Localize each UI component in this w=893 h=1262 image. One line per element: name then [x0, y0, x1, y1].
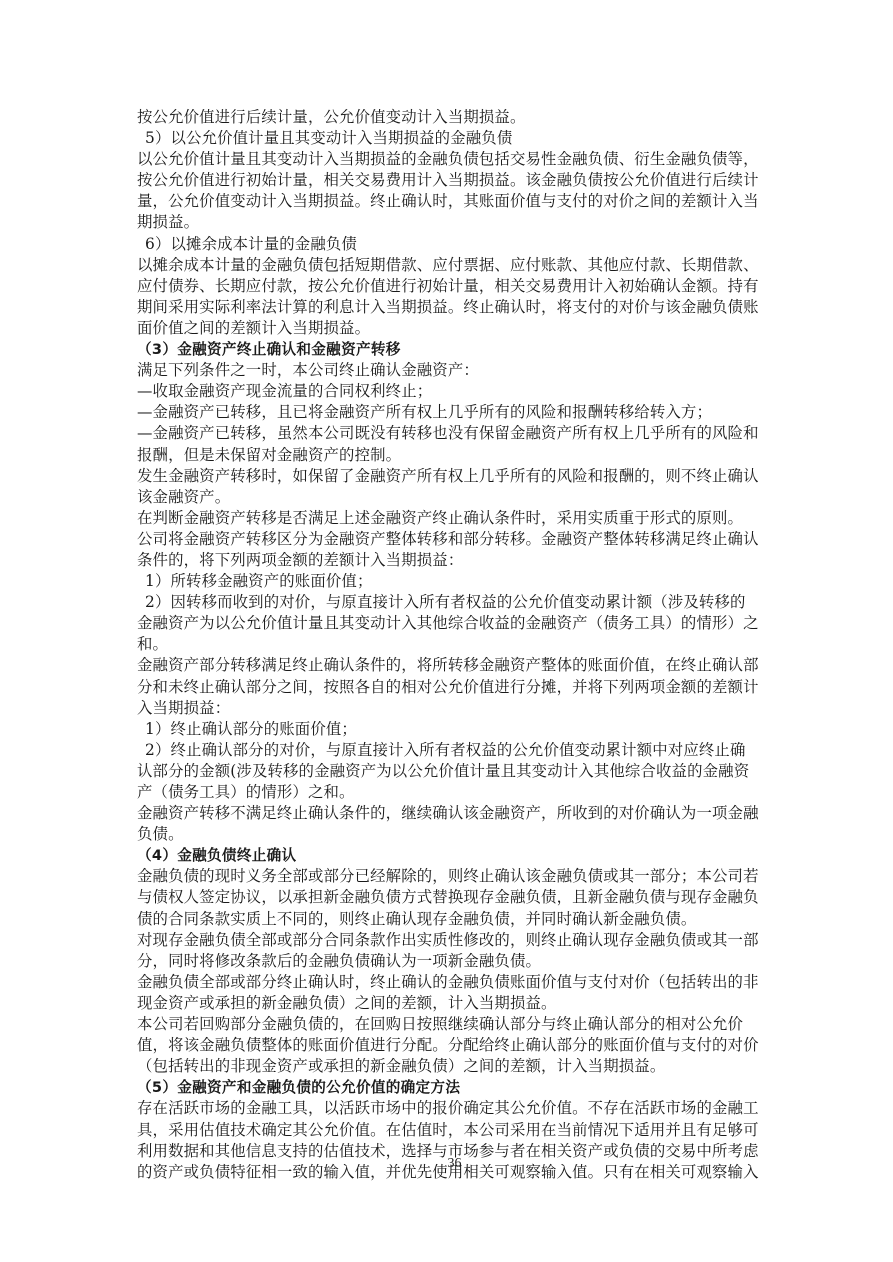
text-line: 与债权人签定协议，以承担新金融负债方式替换现存金融负债，且新金融负债与现存金融负 [137, 887, 759, 908]
text-line: 期损益。 [137, 212, 759, 233]
text-line: 报酬，但是未保留对金融资产的控制。 [137, 445, 759, 466]
text-line: 金融资产转移不满足终止确认条件的，继续确认该金融资产，所收到的对价确认为一项金融 [137, 803, 759, 824]
text-line: 以公允价值计量且其变动计入当期损益的金融负债包括交易性金融负债、衍生金融负债等， [137, 149, 759, 170]
text-line: 存在活跃市场的金融工具，以活跃市场中的报价确定其公允价值。不存在活跃市场的金融工 [137, 1098, 759, 1119]
text-line: 金融资产为以公允价值计量且其变动计入其他综合收益的金融资产（债务工具）的情形）之 [137, 613, 759, 634]
text-line: 量，公允价值变动计入当期损益。终止确认时，其账面价值与支付的对价之间的差额计入当 [137, 191, 759, 212]
text-line: 应付债券、长期应付款，按公允价值进行初始计量，相关交易费用计入初始确认金额。持有 [137, 276, 759, 297]
text-line: 按公允价值进行后续计量，公允价值变动计入当期损益。 [137, 107, 759, 128]
numbered-item: 6）以摊余成本计量的金融负债 [137, 234, 759, 255]
text-line: —金融资产已转移，虽然本公司既没有转移也没有保留金融资产所有权上几乎所有的风险和 [137, 423, 759, 444]
text-line: 按公允价值进行初始计量，相关交易费用计入当期损益。该金融负债按公允价值进行后续计 [137, 170, 759, 191]
text-line: 入当期损益： [137, 698, 759, 719]
text-line: 产（债务工具）的情形）之和。 [137, 782, 759, 803]
text-line: 条件的，将下列两项金额的差额计入当期损益： [137, 550, 759, 571]
text-line: 金融负债全部或部分终止确认时，终止确认的金融负债账面价值与支付对价（包括转出的非 [137, 972, 759, 993]
section-heading: （5）金融资产和金融负债的公允价值的确定方法 [137, 1077, 759, 1098]
section-heading: （3）金融资产终止确认和金融资产转移 [137, 339, 759, 360]
text-line: 和。 [137, 634, 759, 655]
text-line: 本公司若回购部分金融负债的，在回购日按照继续确认部分与终止确认部分的相对公允价 [137, 1014, 759, 1035]
text-line: （包括转出的非现金资产或承担的新金融负债）之间的差额，计入当期损益。 [137, 1056, 759, 1077]
text-line: 值，将该金融负债整体的账面价值进行分配。分配给终止确认部分的账面价值与支付的对价 [137, 1035, 759, 1056]
text-line: 对现存金融负债全部或部分合同条款作出实质性修改的，则终止确认现存金融负债或其一部 [137, 930, 759, 951]
section-heading: （4）金融负债终止确认 [137, 845, 759, 866]
text-line: 债的合同条款实质上不同的，则终止确认现存金融负债，并同时确认新金融负债。 [137, 909, 759, 930]
text-line: 分，同时将修改条款后的金融负债确认为一项新金融负债。 [137, 951, 759, 972]
numbered-item: 2）终止确认部分的对价，与原直接计入所有者权益的公允价值变动累计额中对应终止确 [137, 740, 759, 761]
numbered-item: 1）终止确认部分的账面价值； [137, 719, 759, 740]
text-line: 认部分的金额(涉及转移的金融资产为以公允价值计量且其变动计入其他综合收益的金融资 [137, 761, 759, 782]
text-line: 金融资产部分转移满足终止确认条件的，将所转移金融资产整体的账面价值，在终止确认部 [137, 655, 759, 676]
text-line: 金融负债的现时义务全部或部分已经解除的，则终止确认该金融负债或其一部分；本公司若 [137, 866, 759, 887]
numbered-item: 2）因转移而收到的对价，与原直接计入所有者权益的公允价值变动累计额（涉及转移的 [137, 592, 759, 613]
page-number: 36 [0, 1156, 893, 1172]
text-line: 以摊余成本计量的金融负债包括短期借款、应付票据、应付账款、其他应付款、长期借款、 [137, 255, 759, 276]
text-line: 在判断金融资产转移是否满足上述金融资产终止确认条件时，采用实质重于形式的原则。 [137, 508, 759, 529]
text-line: 现金资产或承担的新金融负债）之间的差额，计入当期损益。 [137, 993, 759, 1014]
text-line: 该金融资产。 [137, 487, 759, 508]
document-body: 按公允价值进行后续计量，公允价值变动计入当期损益。5）以公允价值计量且其变动计入… [137, 107, 759, 1183]
numbered-item: 1）所转移金融资产的账面价值； [137, 571, 759, 592]
text-line: —收取金融资产现金流量的合同权利终止； [137, 381, 759, 402]
text-line: 公司将金融资产转移区分为金融资产整体转移和部分转移。金融资产整体转移满足终止确认 [137, 529, 759, 550]
text-lines: 按公允价值进行后续计量，公允价值变动计入当期损益。5）以公允价值计量且其变动计入… [137, 107, 759, 1183]
numbered-item: 5）以公允价值计量且其变动计入当期损益的金融负债 [137, 128, 759, 149]
text-line: 分和未终止确认部分之间，按照各自的相对公允价值进行分摊，并将下列两项金额的差额计 [137, 677, 759, 698]
text-line: 满足下列条件之一时，本公司终止确认金融资产： [137, 360, 759, 381]
text-line: 发生金融资产转移时，如保留了金融资产所有权上几乎所有的风险和报酬的，则不终止确认 [137, 466, 759, 487]
text-line: —金融资产已转移，且已将金融资产所有权上几乎所有的风险和报酬转移给转入方； [137, 402, 759, 423]
text-line: 负债。 [137, 824, 759, 845]
text-line: 期间采用实际利率法计算的利息计入当期损益。终止确认时，将支付的对价与该金融负债账 [137, 297, 759, 318]
text-line: 面价值之间的差额计入当期损益。 [137, 318, 759, 339]
text-line: 具，采用估值技术确定其公允价值。在估值时，本公司采用在当前情况下适用并且有足够可 [137, 1120, 759, 1141]
